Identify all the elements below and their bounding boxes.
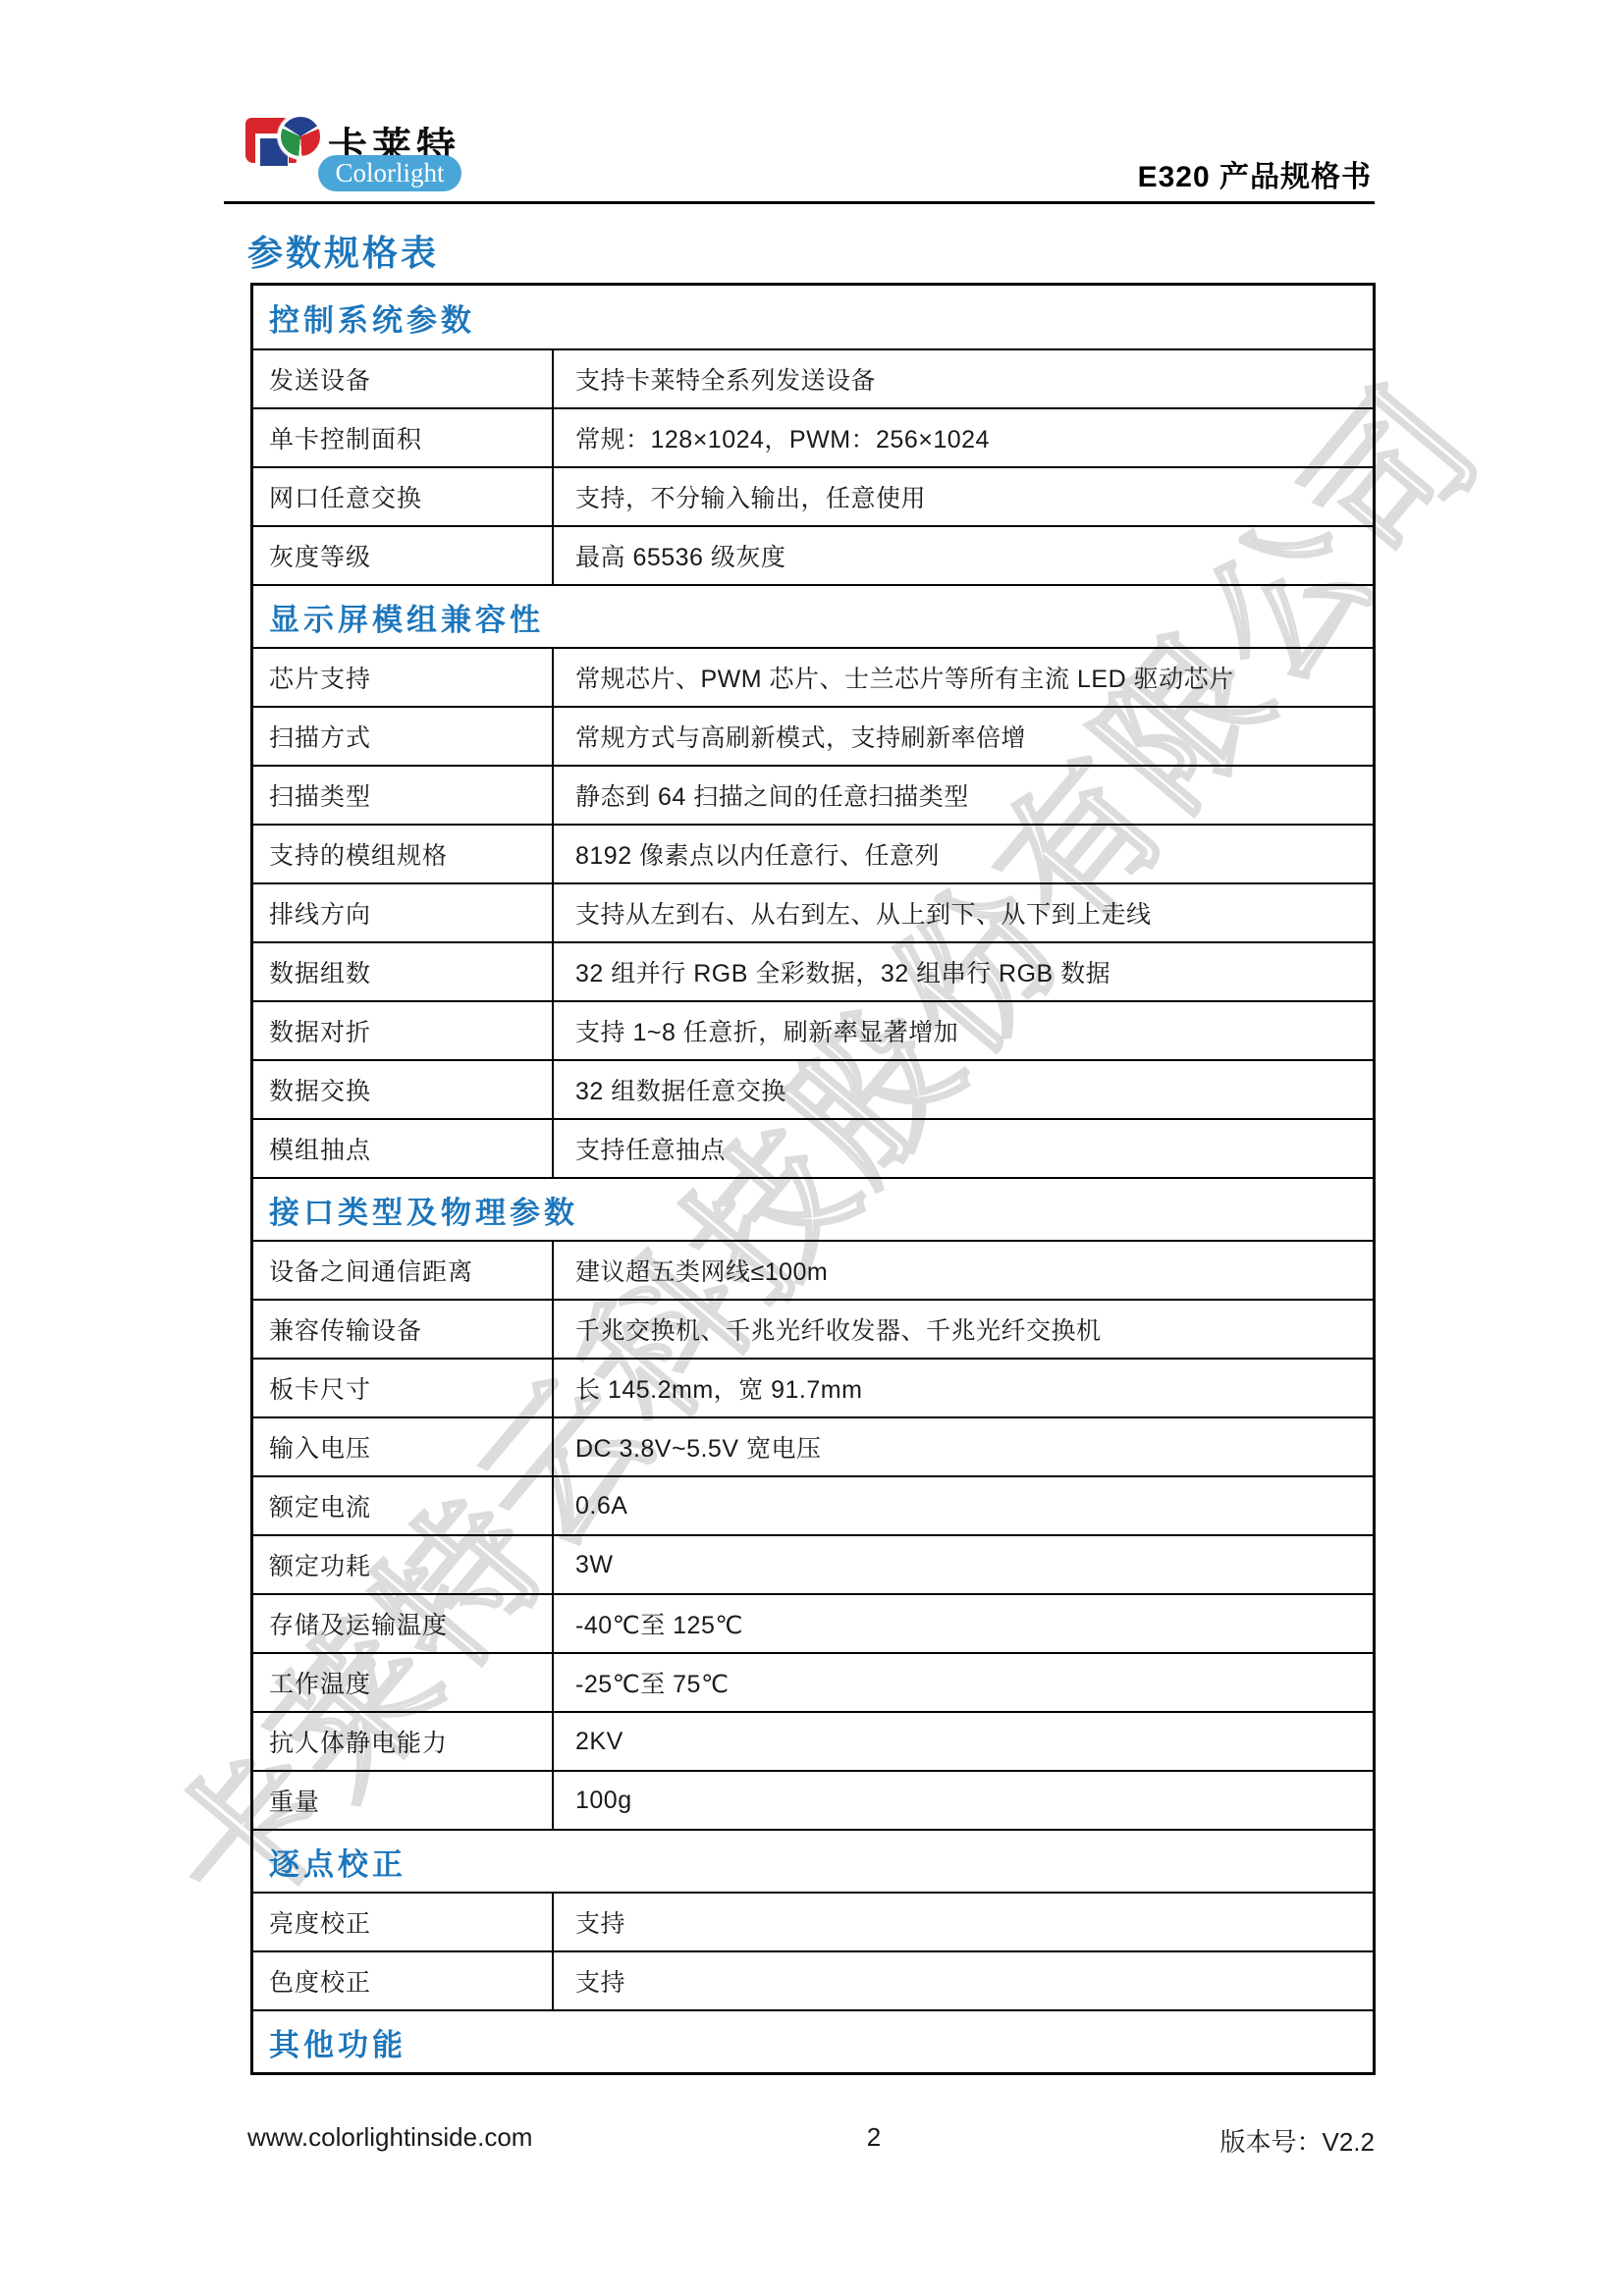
param-value: 100g bbox=[554, 1772, 1373, 1829]
param-label: 数据组数 bbox=[253, 943, 554, 1000]
table-row: 输入电压DC 3.8V~5.5V 宽电压 bbox=[253, 1416, 1373, 1475]
table-row: 重量100g bbox=[253, 1770, 1373, 1829]
param-label: 发送设备 bbox=[253, 350, 554, 407]
table-row: 网口任意交换支持，不分输入输出，任意使用 bbox=[253, 466, 1373, 525]
param-value: -25℃至 75℃ bbox=[554, 1654, 1373, 1711]
table-row: 存储及运输温度-40℃至 125℃ bbox=[253, 1593, 1373, 1652]
param-value: 长 145.2mm，宽 91.7mm bbox=[554, 1360, 1373, 1416]
param-value: 8192 像素点以内任意行、任意列 bbox=[554, 826, 1373, 882]
param-label: 兼容传输设备 bbox=[253, 1301, 554, 1358]
table-row: 数据组数32 组并行 RGB 全彩数据，32 组串行 RGB 数据 bbox=[253, 941, 1373, 1000]
table-row: 扫描方式常规方式与高刷新模式，支持刷新率倍增 bbox=[253, 706, 1373, 765]
param-label: 排线方向 bbox=[253, 884, 554, 941]
param-value: 支持，不分输入输出，任意使用 bbox=[554, 468, 1373, 525]
param-label: 扫描类型 bbox=[253, 767, 554, 824]
colorlight-logo: 卡莱特 Colorlight bbox=[245, 108, 481, 196]
param-label: 额定功耗 bbox=[253, 1536, 554, 1593]
footer-version: 版本号：V2.2 bbox=[1220, 2122, 1376, 2159]
table-row: 设备之间通信距离建议超五类网线≤100m bbox=[253, 1240, 1373, 1299]
param-value: 32 组数据任意交换 bbox=[554, 1061, 1373, 1118]
table-row: 抗人体静电能力2KV bbox=[253, 1711, 1373, 1770]
param-label: 单卡控制面积 bbox=[253, 409, 554, 466]
param-label: 扫描方式 bbox=[253, 708, 554, 765]
logo-en-badge: Colorlight bbox=[318, 155, 461, 191]
param-label: 网口任意交换 bbox=[253, 468, 554, 525]
section-header: 其他功能 bbox=[253, 2009, 1373, 2072]
table-row: 板卡尺寸长 145.2mm，宽 91.7mm bbox=[253, 1358, 1373, 1416]
param-label: 芯片支持 bbox=[253, 649, 554, 706]
param-value: 支持任意抽点 bbox=[554, 1120, 1373, 1177]
param-value: 支持 1~8 任意折，刷新率显著增加 bbox=[554, 1002, 1373, 1059]
param-value: 最高 65536 级灰度 bbox=[554, 527, 1373, 584]
param-value: 0.6A bbox=[554, 1477, 1373, 1534]
param-label: 灰度等级 bbox=[253, 527, 554, 584]
section-header: 接口类型及物理参数 bbox=[253, 1177, 1373, 1240]
param-value: 常规方式与高刷新模式，支持刷新率倍增 bbox=[554, 708, 1373, 765]
param-label: 亮度校正 bbox=[253, 1894, 554, 1950]
table-row: 灰度等级最高 65536 级灰度 bbox=[253, 525, 1373, 584]
section-header: 显示屏模组兼容性 bbox=[253, 584, 1373, 647]
param-label: 色度校正 bbox=[253, 1952, 554, 2009]
table-row: 发送设备支持卡莱特全系列发送设备 bbox=[253, 348, 1373, 407]
section-header: 逐点校正 bbox=[253, 1829, 1373, 1892]
param-value: 3W bbox=[554, 1536, 1373, 1593]
table-row: 数据交换32 组数据任意交换 bbox=[253, 1059, 1373, 1118]
footer-page-number: 2 bbox=[844, 2122, 903, 2153]
table-row: 模组抽点支持任意抽点 bbox=[253, 1118, 1373, 1177]
page-title: 参数规格表 bbox=[247, 226, 439, 276]
param-value: 静态到 64 扫描之间的任意扫描类型 bbox=[554, 767, 1373, 824]
table-row: 工作温度-25℃至 75℃ bbox=[253, 1652, 1373, 1711]
param-value: 支持 bbox=[554, 1952, 1373, 2009]
param-label: 存储及运输温度 bbox=[253, 1595, 554, 1652]
table-row: 额定电流0.6A bbox=[253, 1475, 1373, 1534]
table-row: 芯片支持常规芯片、PWM 芯片、士兰芯片等所有主流 LED 驱动芯片 bbox=[253, 647, 1373, 706]
spec-table: 控制系统参数发送设备支持卡莱特全系列发送设备单卡控制面积常规：128×1024，… bbox=[250, 283, 1376, 2075]
param-label: 数据交换 bbox=[253, 1061, 554, 1118]
table-row: 额定功耗3W bbox=[253, 1534, 1373, 1593]
footer-website: www.colorlightinside.com bbox=[247, 2122, 532, 2153]
param-value: 32 组并行 RGB 全彩数据，32 组串行 RGB 数据 bbox=[554, 943, 1373, 1000]
table-row: 支持的模组规格8192 像素点以内任意行、任意列 bbox=[253, 824, 1373, 882]
param-value: 2KV bbox=[554, 1713, 1373, 1770]
param-value: 支持 bbox=[554, 1894, 1373, 1950]
param-label: 重量 bbox=[253, 1772, 554, 1829]
param-label: 模组抽点 bbox=[253, 1120, 554, 1177]
param-label: 抗人体静电能力 bbox=[253, 1713, 554, 1770]
param-value: -40℃至 125℃ bbox=[554, 1595, 1373, 1652]
param-value: 支持卡莱特全系列发送设备 bbox=[554, 350, 1373, 407]
table-row: 兼容传输设备千兆交换机、千兆光纤收发器、千兆光纤交换机 bbox=[253, 1299, 1373, 1358]
param-label: 设备之间通信距离 bbox=[253, 1242, 554, 1299]
document-title: E320 产品规格书 bbox=[1138, 152, 1372, 195]
table-row: 色度校正支持 bbox=[253, 1950, 1373, 2009]
table-row: 单卡控制面积常规：128×1024，PWM：256×1024 bbox=[253, 407, 1373, 466]
table-row: 扫描类型静态到 64 扫描之间的任意扫描类型 bbox=[253, 765, 1373, 824]
param-label: 工作温度 bbox=[253, 1654, 554, 1711]
table-row: 数据对折支持 1~8 任意折，刷新率显著增加 bbox=[253, 1000, 1373, 1059]
logo-pie-icon bbox=[278, 114, 323, 159]
param-label: 数据对折 bbox=[253, 1002, 554, 1059]
param-value: 常规：128×1024，PWM：256×1024 bbox=[554, 409, 1373, 466]
param-value: 支持从左到右、从右到左、从上到下、从下到上走线 bbox=[554, 884, 1373, 941]
param-value: 常规芯片、PWM 芯片、士兰芯片等所有主流 LED 驱动芯片 bbox=[554, 649, 1373, 706]
table-row: 排线方向支持从左到右、从右到左、从上到下、从下到上走线 bbox=[253, 882, 1373, 941]
param-label: 板卡尺寸 bbox=[253, 1360, 554, 1416]
section-header: 控制系统参数 bbox=[253, 286, 1373, 348]
header-divider bbox=[224, 201, 1375, 204]
param-label: 支持的模组规格 bbox=[253, 826, 554, 882]
param-value: 千兆交换机、千兆光纤收发器、千兆光纤交换机 bbox=[554, 1301, 1373, 1358]
param-label: 输入电压 bbox=[253, 1418, 554, 1475]
param-value: DC 3.8V~5.5V 宽电压 bbox=[554, 1418, 1373, 1475]
param-label: 额定电流 bbox=[253, 1477, 554, 1534]
table-row: 亮度校正支持 bbox=[253, 1892, 1373, 1950]
param-value: 建议超五类网线≤100m bbox=[554, 1242, 1373, 1299]
